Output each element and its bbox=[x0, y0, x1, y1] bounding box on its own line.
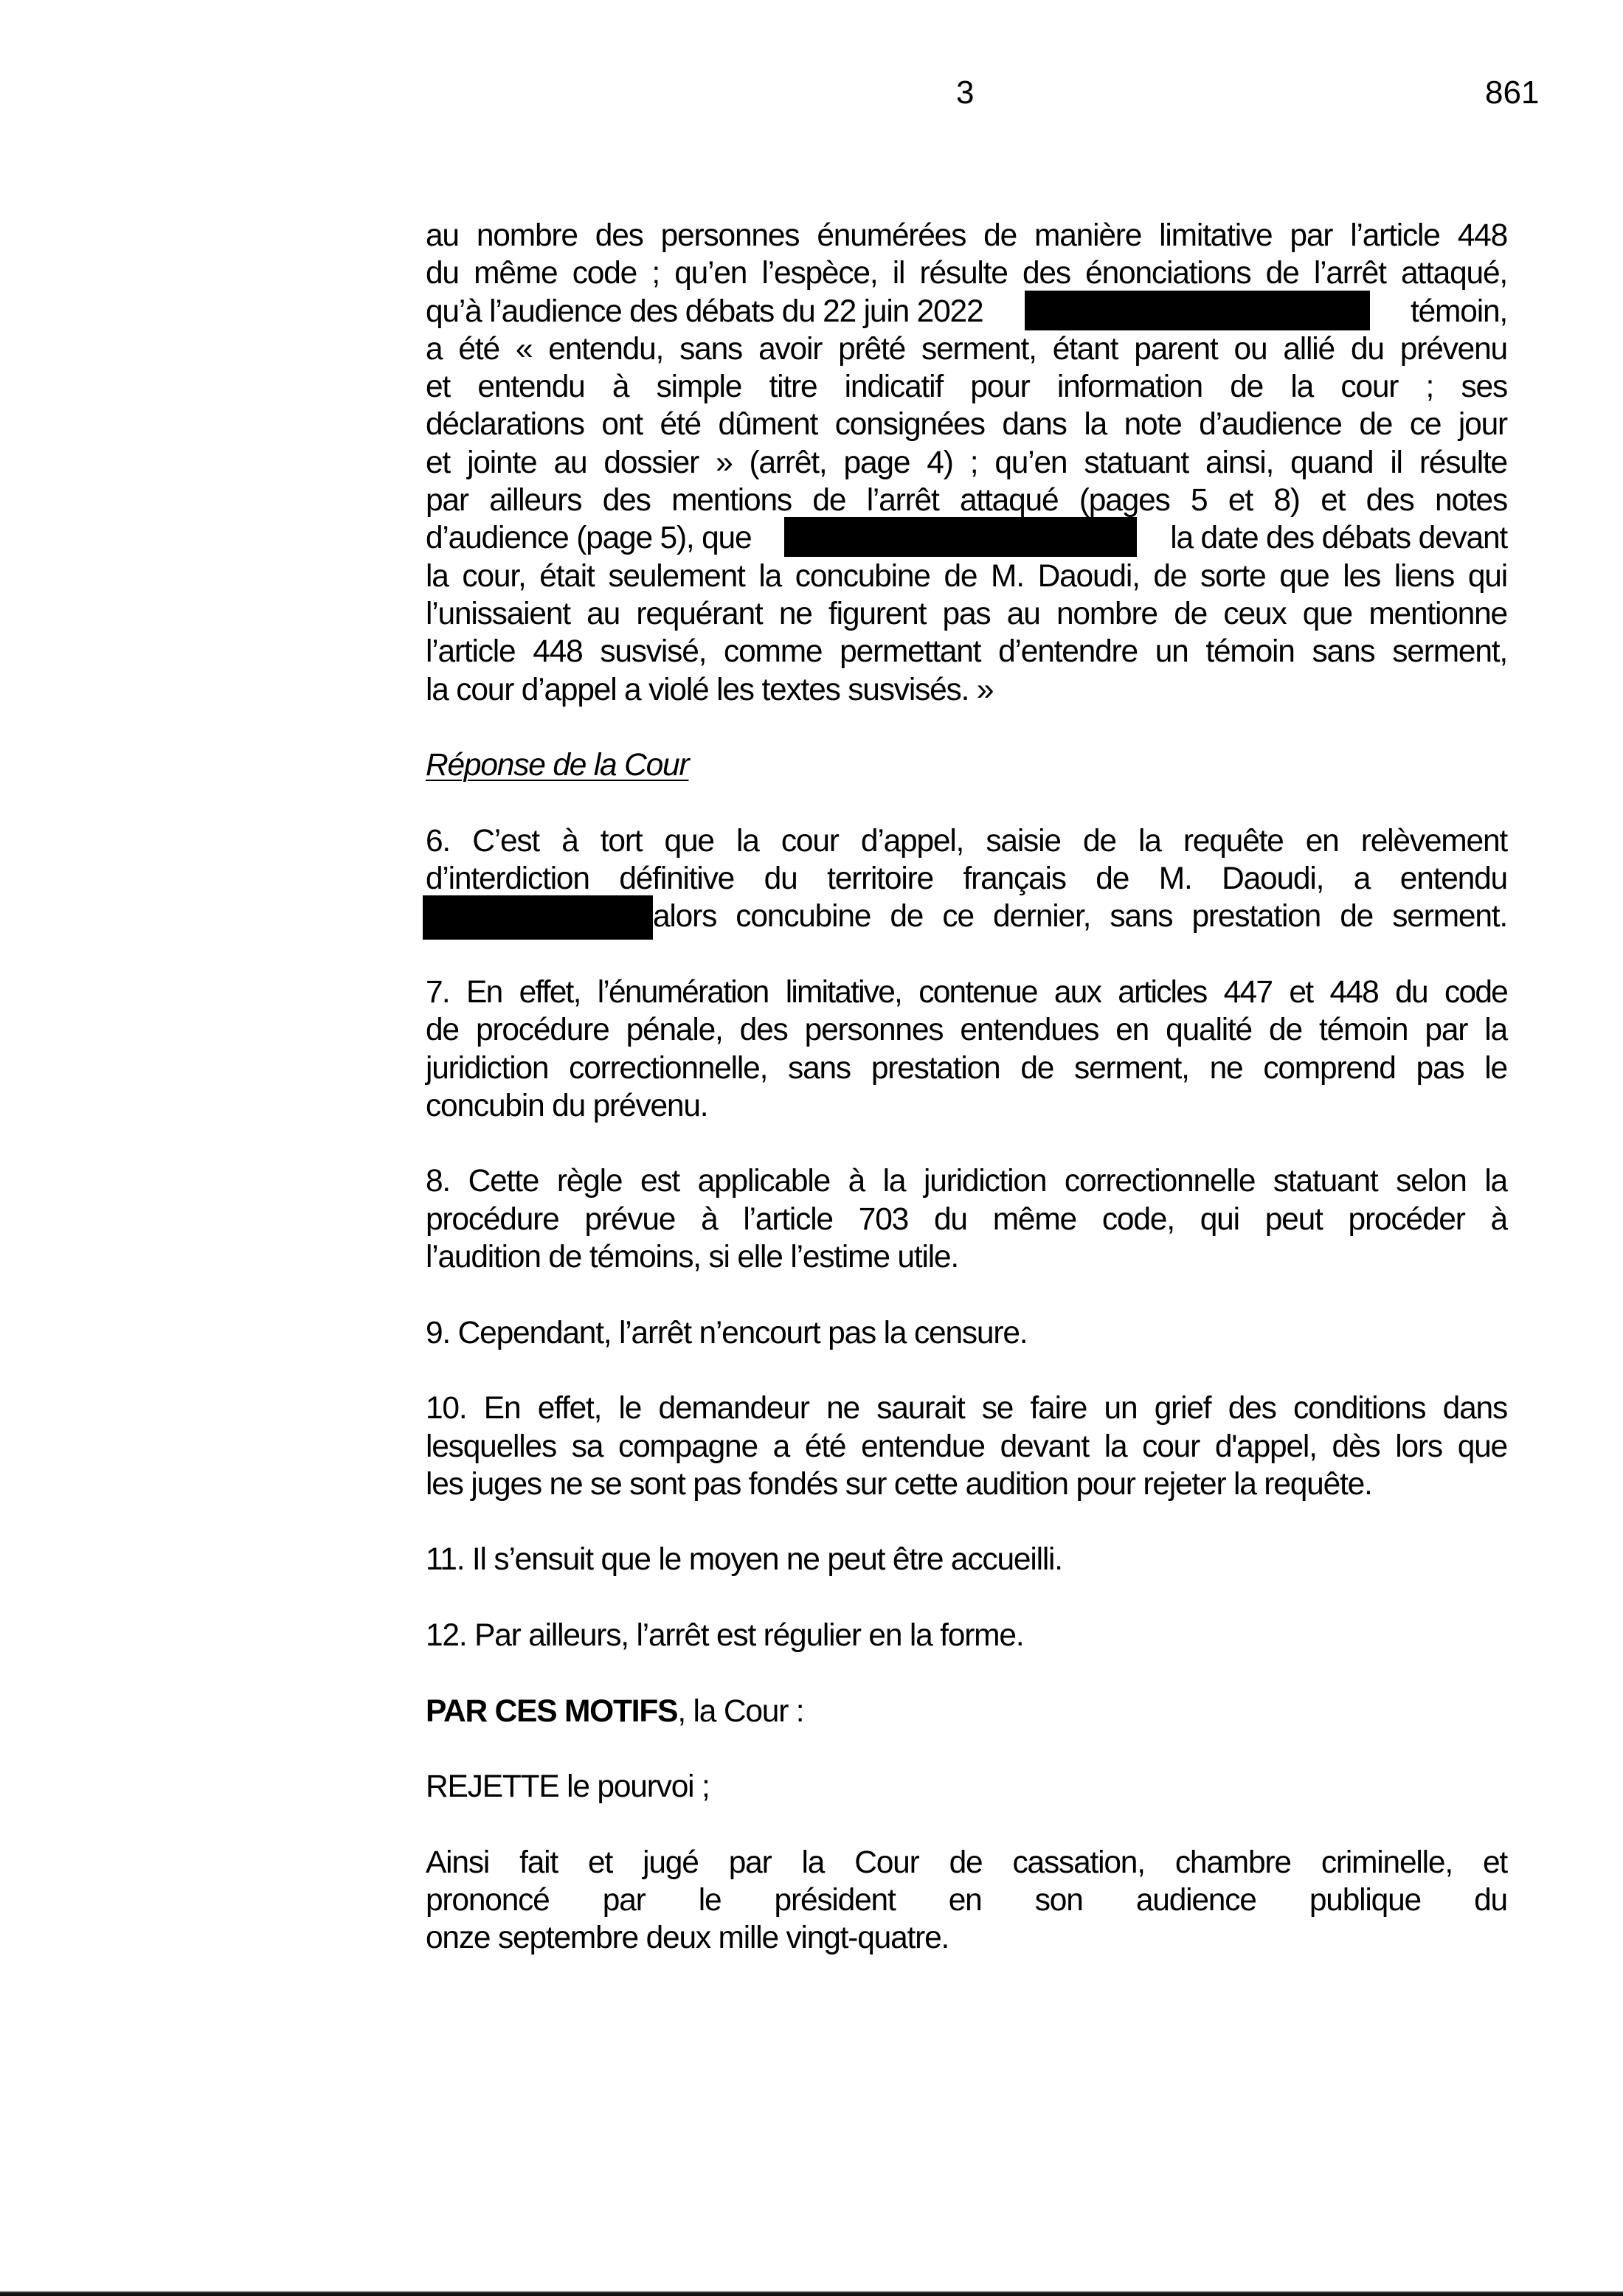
text-line: Ainsi fait et jugé par la Cour de cassat… bbox=[426, 1844, 1507, 1881]
motifs-line: PAR CES MOTIFS, la Cour : bbox=[426, 1693, 1507, 1730]
text-line: 6. C’est à tort que la cour d’appel, sai… bbox=[426, 822, 1507, 860]
quote-continuation: au nombre des personnes énumérées de man… bbox=[426, 217, 1507, 709]
page-header: 3 861 bbox=[0, 71, 1623, 115]
text-line: concubin du prévenu. bbox=[426, 1087, 1507, 1125]
section-heading: Réponse de la Cour bbox=[426, 746, 1507, 784]
paragraph-9: 9. Cependant, l’arrêt n’encourt pas la c… bbox=[426, 1314, 1507, 1352]
page-bottom-edge bbox=[0, 2292, 1623, 2296]
text-line: 8. Cette règle est applicable à la jurid… bbox=[426, 1162, 1507, 1200]
paragraph-7: 7. En effet, l’énumération limitative, c… bbox=[426, 974, 1507, 1125]
text-line-redacted: alors concubine de ce dernier, sans pres… bbox=[426, 898, 1507, 935]
text-line: lesquelles sa compagne a été entendue de… bbox=[426, 1428, 1507, 1466]
motifs-bold: PAR CES MOTIFS bbox=[426, 1694, 677, 1729]
document-body: au nombre des personnes énumérées de man… bbox=[426, 217, 1507, 1995]
text-line: 12. Par ailleurs, l’arrêt est régulier e… bbox=[426, 1617, 1507, 1654]
text-line: a été « entendu, sans avoir prêté sermen… bbox=[426, 330, 1507, 368]
text-line: juridiction correctionnelle, sans presta… bbox=[426, 1050, 1507, 1087]
document-number: 861 bbox=[1485, 71, 1539, 115]
text-line: d’interdiction définitive du territoire … bbox=[426, 860, 1507, 898]
text-line: les juges ne se sont pas fondés sur cett… bbox=[426, 1466, 1507, 1503]
text-line: l’unissaient au requérant ne figurent pa… bbox=[426, 595, 1507, 633]
text-line: déclarations ont été dûment consignées d… bbox=[426, 406, 1507, 443]
text-line: et jointe au dossier » (arrêt, page 4) ;… bbox=[426, 444, 1507, 482]
text-fragment: d’audience (page 5), que bbox=[426, 519, 751, 557]
text-fragment: la date des débats devant bbox=[1170, 519, 1507, 557]
paragraph-10: 10. En effet, le demandeur ne saurait se… bbox=[426, 1390, 1507, 1503]
text-line: 10. En effet, le demandeur ne saurait se… bbox=[426, 1390, 1507, 1427]
closing-paragraph: Ainsi fait et jugé par la Cour de cassat… bbox=[426, 1844, 1507, 1957]
text-line: de procédure pénale, des personnes enten… bbox=[426, 1011, 1507, 1049]
text-line: l’article 448 susvisé, comme permettant … bbox=[426, 633, 1507, 670]
text-line: au nombre des personnes énumérées de man… bbox=[426, 217, 1507, 254]
text-line: 9. Cependant, l’arrêt n’encourt pas la c… bbox=[426, 1314, 1507, 1352]
text-line: du même code ; qu’en l’espèce, il résult… bbox=[426, 254, 1507, 292]
text-line: l’audition de témoins, si elle l’estime … bbox=[426, 1238, 1507, 1276]
paragraph-12: 12. Par ailleurs, l’arrêt est régulier e… bbox=[426, 1617, 1507, 1654]
text-fragment: qu’à l’audience des débats du 22 juin 20… bbox=[426, 293, 983, 330]
redaction-box bbox=[1025, 291, 1370, 330]
paragraph-8: 8. Cette règle est applicable à la jurid… bbox=[426, 1162, 1507, 1276]
text-fragment: témoin, bbox=[1411, 293, 1507, 330]
text-line: prononcé par le président en son audienc… bbox=[426, 1881, 1507, 1919]
text-line-redacted: d’audience (page 5), que la date des déb… bbox=[426, 519, 1507, 557]
text-line: 7. En effet, l’énumération limitative, c… bbox=[426, 974, 1507, 1011]
motifs-rest: , la Cour : bbox=[677, 1694, 803, 1729]
text-line: et entendu à simple titre indicatif pour… bbox=[426, 368, 1507, 406]
ruling-line: REJETTE le pourvoi ; bbox=[426, 1768, 1507, 1806]
text-line-redacted: qu’à l’audience des débats du 22 juin 20… bbox=[426, 293, 1507, 330]
text-fragment: alors concubine de ce dernier, sans pres… bbox=[653, 898, 1507, 935]
redaction-box bbox=[423, 895, 653, 940]
paragraph-6: 6. C’est à tort que la cour d’appel, sai… bbox=[426, 822, 1507, 936]
text-line: par ailleurs des mentions de l’arrêt att… bbox=[426, 482, 1507, 519]
paragraph-11: 11. Il s’ensuit que le moyen ne peut êtr… bbox=[426, 1541, 1507, 1578]
redaction-box bbox=[784, 517, 1137, 557]
page-number: 3 bbox=[956, 71, 974, 115]
text-line: procédure prévue à l’article 703 du même… bbox=[426, 1201, 1507, 1238]
text-line: 11. Il s’ensuit que le moyen ne peut êtr… bbox=[426, 1541, 1507, 1578]
text-line: la cour d’appel a violé les textes susvi… bbox=[426, 671, 1507, 709]
text-line: la cour, était seulement la concubine de… bbox=[426, 558, 1507, 595]
text-line: onze septembre deux mille vingt-quatre. bbox=[426, 1919, 1507, 1957]
